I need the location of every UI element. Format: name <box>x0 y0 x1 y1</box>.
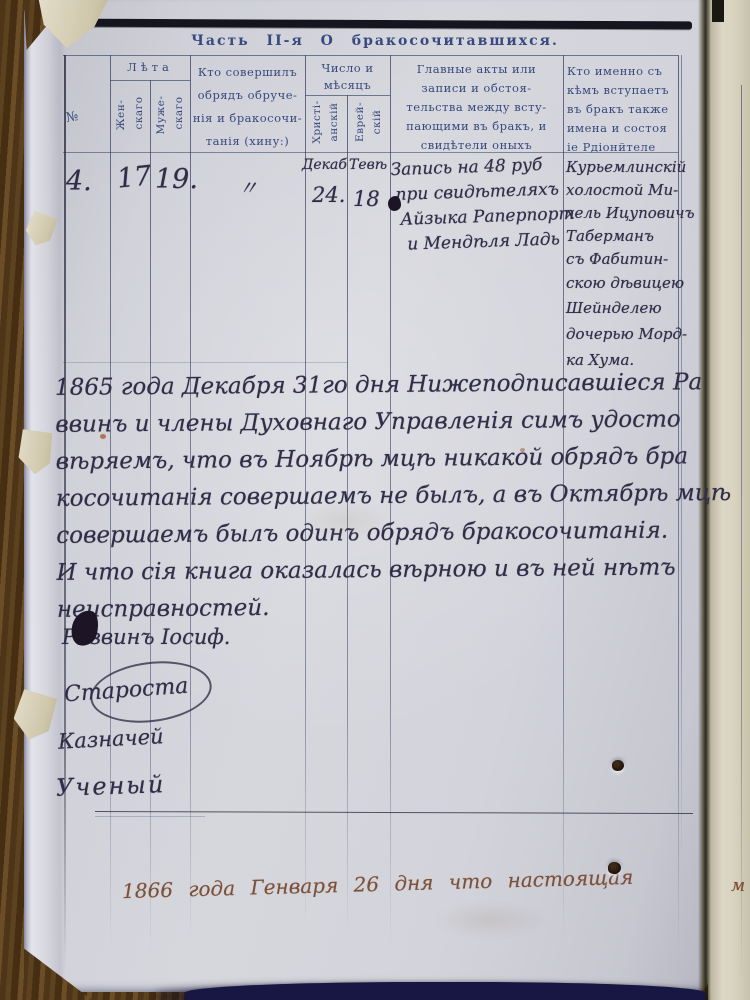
row-month-christian: Декаб <box>302 157 347 173</box>
section-separator-line-faint <box>95 816 205 817</box>
row-officiant-ditto: 〃 <box>238 172 258 201</box>
column-header-female-1: Жен- <box>115 92 127 138</box>
scanned-register-page: Часть II-я О бракосочитавшихся. № Лѣта Ж… <box>0 0 750 1000</box>
column-header-date: Число и мѣсяцъ <box>305 60 390 94</box>
column-header-officiant: Кто совершилъ обрядъ обруче- нія и брако… <box>192 61 303 153</box>
column-header-female-2: скаго <box>133 90 145 136</box>
ink-blot-small <box>388 196 401 211</box>
gutter-shadow-top <box>712 0 724 22</box>
punch-hole-upper <box>612 760 624 771</box>
row-age-male: 19. <box>155 164 198 195</box>
row-acts-text: Запись на 48 руб при свидѣтеляхъ Айзыка … <box>390 154 573 260</box>
attestation-text: 1865 года Декабря 31го дня Нижеподписавш… <box>55 369 709 634</box>
row-parties-text: Курьемлинскій холостой Ми- хель Ицупович… <box>566 158 681 377</box>
row-age-female: 17 <box>115 160 152 194</box>
rust-stain <box>100 434 106 439</box>
table-header-top-rule <box>63 55 678 56</box>
column-header-christian-1: Христі- <box>311 99 323 145</box>
row-month-jewish: Тевѣ <box>349 157 387 173</box>
underlying-cover-band <box>185 982 705 1000</box>
column-header-parties: Кто именно съ кѣмъ вступаетъ въ бракъ та… <box>565 62 678 157</box>
column-header-jewish-2: скій <box>371 99 383 145</box>
row-number: 4. <box>66 166 92 197</box>
column-header-male-1: Муже- <box>155 92 167 138</box>
column-header-leta: Лѣта <box>110 60 190 74</box>
part-title: Часть II-я О бракосочитавшихся. <box>95 33 655 49</box>
column-header-male-2: скаго <box>173 90 185 136</box>
bottom-note-spill-next-page: м <box>731 876 745 896</box>
column-header-jewish-1: Еврей- <box>354 99 366 145</box>
rust-stain-2 <box>520 448 525 452</box>
punch-hole-lower <box>608 862 621 874</box>
column-header-no: № <box>65 109 80 126</box>
paper-discoloration-2 <box>430 900 550 940</box>
column-header-christian-2: анскій <box>328 99 340 145</box>
row-day-christian: 24. <box>312 183 345 207</box>
paper-discoloration <box>300 500 390 540</box>
signature-scholar: Ученый <box>56 770 166 802</box>
row-day-jewish: 18 <box>353 187 380 211</box>
column-header-acts: Главные акты или записи и обстоя- тельст… <box>392 60 561 155</box>
adjacent-page-margin-line <box>741 85 742 985</box>
